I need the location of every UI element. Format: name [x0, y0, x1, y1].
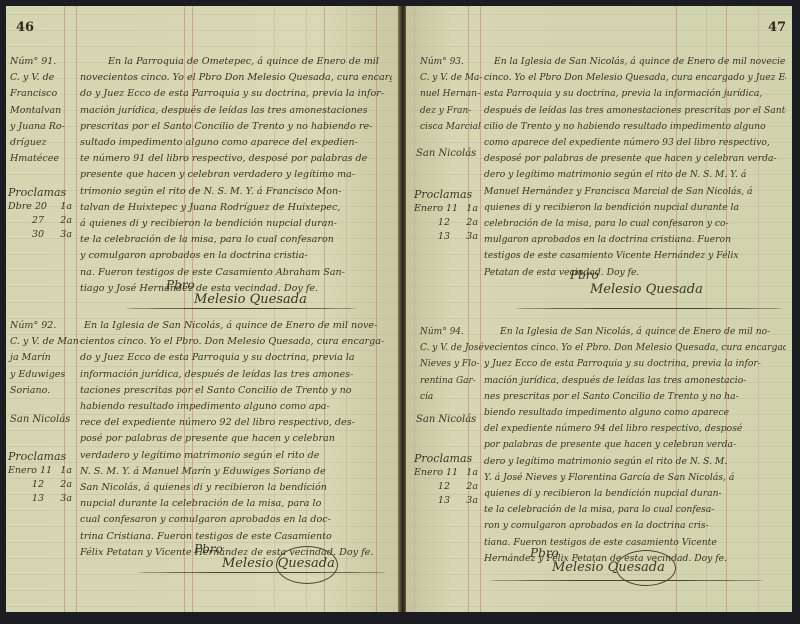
proclamas-label: Proclamas [8, 450, 72, 464]
proclamas-block: Proclamas Dbre 201a 272a 303a [8, 186, 72, 242]
proclamas-label: Proclamas [414, 452, 478, 466]
entry-place: San Nicolás [416, 412, 476, 428]
left-page: 46 Núm° 91. C. y V. de Francisco Montalv… [6, 6, 402, 612]
proclamas-label: Proclamas [414, 188, 478, 202]
ruled-horizontal-line [406, 30, 792, 31]
signature-flourish [490, 580, 764, 581]
proclamas-label: Proclamas [8, 186, 72, 200]
entry-body-text: En la Iglesia de San Nicolás, á quince d… [484, 324, 786, 567]
right-page: 47 Núm° 93. C. y V. de Ma- nuel Hernan- … [406, 6, 792, 612]
ruled-horizontal-line [6, 30, 402, 31]
entry-body-text: En la Parroquia de Ometepec, á quince de… [80, 54, 392, 297]
ruled-red-line [76, 6, 77, 612]
signature-title: Pbro [166, 278, 307, 292]
page-number: 46 [16, 20, 34, 35]
signature-name: Melesio Quesada [194, 292, 307, 307]
proclamas-block: Proclamas Enero 111a 122a 133a [414, 452, 478, 508]
signature-name: Melesio Quesada [590, 282, 703, 297]
ruled-horizontal-line [406, 606, 792, 607]
entry-body-text: En la Iglesia de San Nicolás, á quince d… [484, 54, 786, 281]
signature-rubric [276, 546, 338, 584]
ruled-grey-line [414, 6, 415, 612]
ruled-horizontal-line [6, 14, 402, 15]
signature-flourish [516, 308, 782, 309]
signature-block: Pbro Melesio Quesada [166, 278, 307, 307]
entry-margin-notes: Núm° 91. C. y V. de Francisco Montalvan … [10, 54, 65, 167]
ruled-horizontal-line [406, 318, 792, 319]
ruled-horizontal-line [406, 302, 792, 303]
entry-place: San Nicolás [10, 412, 70, 428]
ruled-horizontal-line [6, 590, 402, 591]
signature-flourish [138, 572, 386, 573]
ruled-horizontal-line [6, 606, 402, 607]
ruled-horizontal-line [406, 46, 792, 47]
page-number: 47 [768, 20, 786, 35]
signature-flourish [126, 308, 356, 309]
open-register-book: 46 Núm° 91. C. y V. de Francisco Montalv… [6, 6, 794, 612]
ruled-horizontal-line [6, 46, 402, 47]
ruled-horizontal-line [6, 574, 402, 575]
entry-place: San Nicolás [416, 146, 476, 162]
entry-margin-notes: Núm° 94. C. y V. de José Nieves y Flo- r… [420, 324, 484, 405]
proclamas-block: Proclamas Enero 111a 122a 133a [414, 188, 478, 244]
ruled-horizontal-line [406, 590, 792, 591]
signature-block: Pbro Melesio Quesada [570, 268, 703, 297]
entry-margin-notes: Núm° 92. C. y V. de Man- ja Marín y Eduw… [10, 318, 82, 399]
signature-title: Pbro [570, 268, 703, 282]
ruled-horizontal-line [406, 14, 792, 15]
entry-body-text: En la Iglesia de San Nicolás, á quince d… [80, 318, 392, 561]
entry-margin-notes: Núm° 93. C. y V. de Ma- nuel Hernan- dez… [420, 54, 482, 135]
proclamas-block: Proclamas Enero 111a 122a 133a [8, 450, 72, 506]
